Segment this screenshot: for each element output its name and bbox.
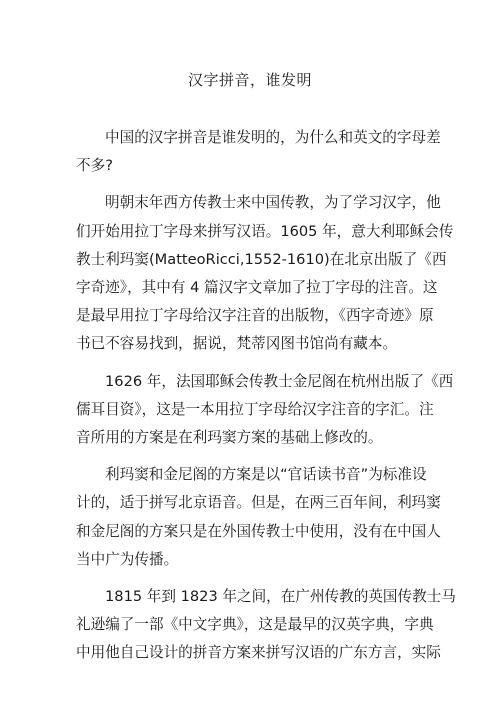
paragraph-trigault: 1626 年，法国耶稣会传教士金尼阁在杭州出版了《西 儒耳目资》，这是一本用拉丁… [76, 368, 426, 453]
text-line: 书已不容易找到，据说，梵蒂冈图书馆尚有藏本。 [76, 330, 426, 358]
text-line: 计的，适于拼写北京语音。但是，在两三百年间，利玛窦 [76, 489, 426, 517]
paragraph-morrison: 1815 年到 1823 年之间，在广州传教的英国传教士马 礼逊编了一部《中文字… [76, 583, 426, 668]
paragraph-question: 中国的汉字拼音是谁发明的，为什么和英文的字母差 不多? [76, 124, 426, 180]
text-line: 当中广为传播。 [76, 546, 426, 574]
text-line: 儒耳目资》，这是一本用拉丁字母给汉字注音的字汇。注 [76, 396, 426, 424]
document-body: 中国的汉字拼音是谁发明的，为什么和英文的字母差 不多? 明朝末年西方传教士来中国… [76, 124, 426, 668]
text-line: 字奇迹》，其中有 4 篇汉字文章加了拉丁字母的注音。这 [76, 274, 426, 302]
text-line: 教士利玛窦(MatteoRicci,1552-1610)在北京出版了《西 [76, 246, 426, 274]
text-line: 中国的汉字拼音是谁发明的，为什么和英文的字母差 [76, 124, 426, 152]
text-line: 利玛窦和金尼阁的方案是以“官话读书音”为标准设 [76, 461, 426, 489]
text-line: 中用他自己设计的拼音方案来拼写汉语的广东方言，实际 [76, 639, 426, 667]
document-title: 汉字拼音，谁发明 [0, 68, 500, 92]
text-line: 礼逊编了一部《中文字典》，这是最早的汉英字典，字典 [76, 611, 426, 639]
text-line: 不多? [76, 152, 426, 180]
document-page: 汉字拼音，谁发明 中国的汉字拼音是谁发明的，为什么和英文的字母差 不多? 明朝末… [0, 0, 500, 707]
paragraph-mandarin-scheme: 利玛窦和金尼阁的方案是以“官话读书音”为标准设 计的，适于拼写北京语音。但是，在… [76, 461, 426, 574]
text-line: 是最早用拉丁字母给汉字注音的出版物，《西字奇迹》原 [76, 302, 426, 330]
text-line: 1626 年，法国耶稣会传教士金尼阁在杭州出版了《西 [76, 368, 426, 396]
text-line: 音所用的方案是在利玛窦方案的基础上修改的。 [76, 424, 426, 452]
text-line: 们开始用拉丁字母来拼写汉语。1605 年，意大利耶稣会传 [76, 218, 426, 246]
paragraph-matteo-ricci: 明朝末年西方传教士来中国传教，为了学习汉字，他 们开始用拉丁字母来拼写汉语。16… [76, 189, 426, 358]
text-line: 明朝末年西方传教士来中国传教，为了学习汉字，他 [76, 189, 426, 217]
text-line: 和金尼阁的方案只是在外国传教士中使用，没有在中国人 [76, 518, 426, 546]
text-line: 1815 年到 1823 年之间，在广州传教的英国传教士马 [76, 583, 426, 611]
